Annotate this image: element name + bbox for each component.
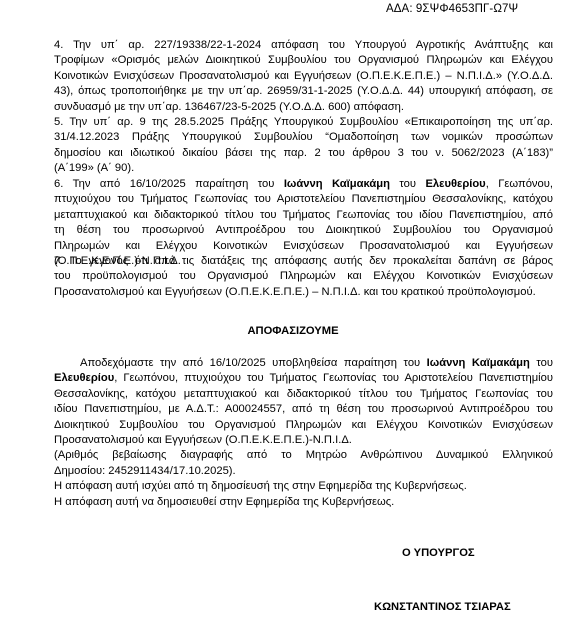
text-line: Η απόφαση αυτή ισχύει από τη δημοσίευσή … [54, 479, 553, 494]
text-fragment: του [530, 357, 553, 369]
signatory-title: Ο ΥΠΟΥΡΓΟΣ [402, 547, 475, 559]
text-line: 4. Την υπ΄ αρ. 227/19338/22-1-2024 απόφα… [54, 38, 553, 53]
text-line: Κοινοτικών Ενισχύσεων Προσανατολισμού κα… [54, 69, 553, 84]
father-name: Ελευθερίου [54, 372, 114, 384]
person-name: Ιωάννη Καϊμακάμη [427, 357, 530, 369]
item-7: 7. Το γεγονός ότι από τις διατάξεις της … [54, 254, 553, 300]
text-line: ιδίου Πανεπιστημίου, με Α.Δ.Τ.: Α0002455… [54, 402, 553, 417]
text-line: 31/4.12.2023 Πράξης Υπουργικού Συμβουλίο… [54, 130, 553, 145]
text-fragment: , Γεωπόνου, πτυχιούχου του Τμήματος Γεωπ… [114, 372, 553, 384]
text-line: 7. Το γεγονός ότι από τις διατάξεις της … [54, 254, 553, 269]
text-line: τη θέση του προσωρινού Αντιπροέδρου του … [54, 223, 553, 238]
text-line: Θεσσαλονίκης, κατόχου μεταπτυχιακού και … [54, 387, 553, 402]
text-line: συνδυασμό με την υπ΄αρ. 136467/23-5-2025… [54, 100, 553, 115]
text-line: πτυχιούχου του Τμήματος Γεωπονίας του Αρ… [54, 192, 553, 207]
decision-paragraph: Αποδεχόμαστε την από 16/10/2025 υποβληθε… [54, 356, 553, 510]
ada-identifier: ΑΔΑ: 9ΣΨΦ4653ΠΓ-Ω7Ψ [386, 3, 518, 15]
text-line: Η απόφαση αυτή να δημοσιευθεί στην Εφημε… [54, 495, 553, 510]
text-line: (Α΄199» (Α΄ 90). [54, 161, 553, 176]
text-line: Τροφίμων «Ορισμός μελών Διοικητικού Συμβ… [54, 53, 553, 68]
text-line: 6. Την από 16/10/2025 παραίτηση του Ιωάν… [54, 177, 553, 192]
text-line: του προϋπολογισμού του Οργανισμού Πληρωμ… [54, 269, 553, 284]
text-line: δημοσίου και ιδιωτικού δικαίου βάσει της… [54, 146, 553, 161]
text-line: Διοικητικού Συμβουλίου του Οργανισμού Πλ… [54, 418, 553, 433]
text-line: Πληρωμών και Ελέγχου Κοινοτικών Ενισχύσε… [54, 239, 553, 254]
text-fragment: , Γεωπόνου, [486, 178, 553, 190]
text-line: Ελευθερίου, Γεωπόνου, πτυχιούχου του Τμή… [54, 371, 553, 386]
text-fragment: του [390, 178, 426, 190]
signatory-name: ΚΩΝΣΤΑΝΤΙΝΟΣ ΤΣΙΑΡΑΣ [374, 601, 511, 613]
father-name: Ελευθερίου [425, 178, 485, 190]
text-line: Προσανατολισμού και Εγγυήσεων (Ο.Π.Ε.Κ.Ε… [54, 433, 553, 448]
item-4: 4. Την υπ΄ αρ. 227/19338/22-1-2024 απόφα… [54, 38, 553, 115]
text-line: 43), όπως τροποποιήθηκε με την υπ΄αρ. 26… [54, 84, 553, 99]
text-fragment: 6. Την από 16/10/2025 παραίτηση του [54, 178, 284, 190]
text-line: (Αριθμός βεβαίωσης διαγραφής από το Μητρ… [54, 448, 553, 463]
decision-heading: ΑΠΟΦΑΣΙΖΟΥΜΕ [0, 325, 578, 337]
text-line: Αποδεχόμαστε την από 16/10/2025 υποβληθε… [54, 356, 553, 371]
text-line: 5. Την υπ΄ αρ. 9 της 28.5.2025 Πράξης Υπ… [54, 115, 553, 130]
item-5: 5. Την υπ΄ αρ. 9 της 28.5.2025 Πράξης Υπ… [54, 115, 553, 177]
text-line: μεταπτυχιακού και διδακτορικού τίτλου το… [54, 208, 553, 223]
text-fragment: Αποδεχόμαστε την από 16/10/2025 υποβληθε… [80, 357, 427, 369]
person-name: Ιωάννη Καϊμακάμη [284, 178, 390, 190]
text-line: Προσανατολισμού και Εγγυήσεων (Ο.Π.Ε.Κ.Ε… [54, 285, 553, 300]
text-line: Δημοσίου: 2452911434/17.10.2025). [54, 464, 553, 479]
